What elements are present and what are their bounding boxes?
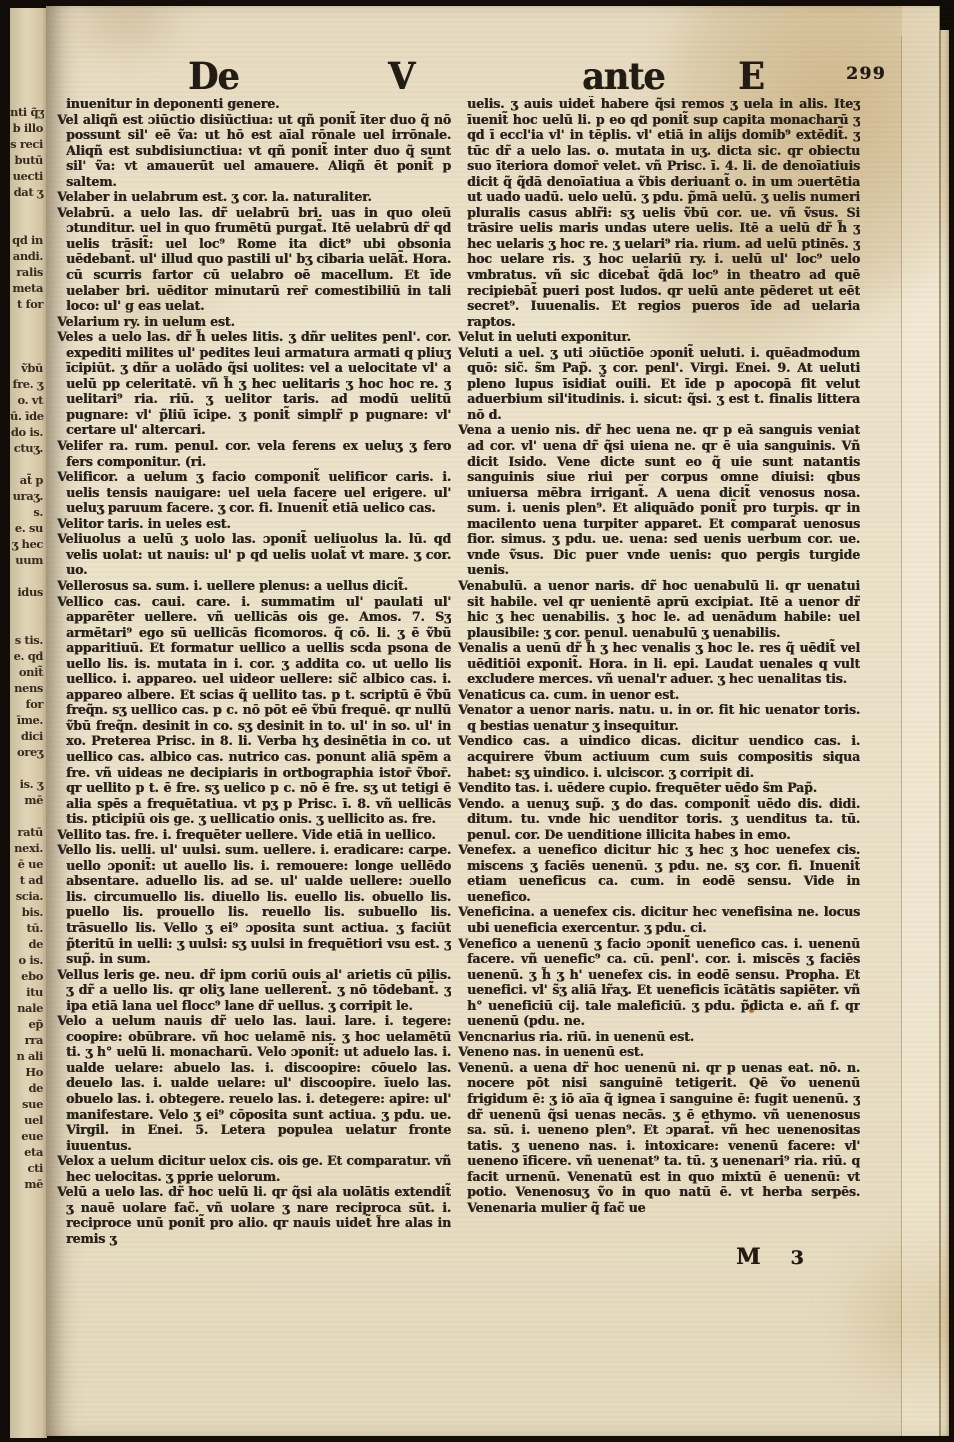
margin-fragment-line: butū	[10, 152, 44, 168]
dictionary-entry: Velut in ueluti exponitur.	[458, 329, 860, 345]
margin-fragment-line: ebo	[10, 968, 44, 984]
dictionary-entry: Veluti a uel. ʒ uti ɔiūctiōe ɔponit̃ uel…	[458, 345, 860, 423]
dictionary-entry: Vellito tas. fre. i. frequēter uellere. …	[57, 827, 451, 843]
margin-fragment-line	[10, 216, 44, 232]
margin-fragment-line: ē ue	[10, 856, 44, 872]
margin-fragment-line: uecti	[10, 168, 44, 184]
dictionary-entry: Velitor taris. in ueles est.	[57, 516, 451, 532]
signature-numeral: 3	[790, 1247, 803, 1269]
dictionary-entry: Veneficina. a uenefex cis. dicitur hec v…	[458, 904, 860, 935]
margin-fragment-line	[10, 328, 44, 344]
header-letter-v: V	[388, 54, 414, 98]
dictionary-entry: Veliuolus a uelū ʒ uolo las. ɔponit̃ uel…	[57, 531, 451, 578]
dictionary-entry: Venator a uenor naris. natu. u. in or. f…	[458, 702, 860, 733]
margin-fragment-line: s tis.	[10, 632, 44, 648]
dictionary-entry: inuenitur in deponenti genere.	[57, 96, 451, 112]
dictionary-entry: Vello lis. uelli. ul' uulsi. sum. ueller…	[57, 842, 451, 966]
dictionary-entry: Venaticus ca. cum. in uenor est.	[458, 687, 860, 703]
dictionary-entry: Vendico cas. a uindico dicas. dicitur ue…	[458, 733, 860, 780]
stain	[56, 6, 196, 66]
margin-fragment-line: dici	[10, 728, 44, 744]
margin-fragment-line	[10, 200, 44, 216]
margin-fragment-line: o. vt	[10, 392, 44, 408]
margin-fragment-line: s.	[10, 504, 44, 520]
dictionary-entry: Velarium ry. in uelum est.	[57, 314, 451, 330]
dictionary-entry: Vendo. a uenuʒ sup̃. ʒ do das. componit̃…	[458, 796, 860, 843]
page-edge-line	[901, 36, 902, 1436]
margin-fragment-line: mē	[10, 1176, 44, 1192]
book-scan: nti q̃ʒb illos recibutūuectidat ʒqd inan…	[0, 0, 954, 1442]
dictionary-entry: Vellus leris ge. neu. dr̃ ipm coriū ouis…	[57, 967, 451, 1014]
margin-fragment-line: o is.	[10, 952, 44, 968]
margin-fragment-line: rra	[10, 1032, 44, 1048]
margin-fragment-line: cti	[10, 1160, 44, 1176]
margin-fragment-line: de	[10, 1080, 44, 1096]
margin-fragment-line: sue	[10, 1096, 44, 1112]
margin-fragment-line: at̃ p	[10, 472, 44, 488]
margin-fragment-line: ralis	[10, 264, 44, 280]
margin-fragment-line: uraʒ.	[10, 488, 44, 504]
text-column-right: uelis. ʒ auis uidet̃ habere q̃si remos ʒ…	[458, 96, 860, 1272]
margin-fragment-line: ū. īde	[10, 408, 44, 424]
margin-fragment-line: fre. ʒ	[10, 376, 44, 392]
dictionary-entry: Velaber in uelabrum est. ʒ cor. la. natu…	[57, 189, 451, 205]
margin-fragment-line	[10, 808, 44, 824]
page-number: 299	[846, 64, 886, 84]
margin-fragment-line: ratū	[10, 824, 44, 840]
facing-page-edge: nti q̃ʒb illos recibutūuectidat ʒqd inan…	[10, 8, 47, 1438]
signature-letter: M	[736, 1244, 760, 1270]
header-letter-e: E	[738, 54, 764, 98]
margin-fragment-line	[10, 456, 44, 472]
margin-fragment-line: qd in	[10, 232, 44, 248]
margin-fragment-line: eta	[10, 1144, 44, 1160]
margin-fragment-line: n ali	[10, 1048, 44, 1064]
margin-fragment-line: e. qd	[10, 648, 44, 664]
margin-fragment-line: ep̃	[10, 1016, 44, 1032]
margin-fragment-line: tū.	[10, 920, 44, 936]
dictionary-entry: Velox a uelum dicitur uelox cis. ois ge.…	[57, 1153, 451, 1184]
margin-fragment-line: b illo	[10, 120, 44, 136]
text-column-left: inuenitur in deponenti genere.Vel aliqñ …	[57, 96, 451, 1272]
margin-fragment-line: onit̃	[10, 664, 44, 680]
dictionary-entry: Vena a uenio nis. dr̃ hec uena ne. qr p …	[458, 422, 860, 577]
margin-fragment-line: ctuʒ.	[10, 440, 44, 456]
margin-fragment-line: nti q̃ʒ	[10, 104, 44, 120]
dictionary-entry: Vencnarius ria. riū. in uenenū est.	[458, 1029, 860, 1045]
dictionary-entry: Velabrū. a uelo las. dr̃ uelabrū bri. ua…	[57, 205, 451, 314]
page-corner-shadow	[940, 6, 949, 30]
dictionary-entry: Venenū. a uena dr̃ hoc uenenū ni. qr p u…	[458, 1060, 860, 1215]
dictionary-entry: uelis. ʒ auis uidet̃ habere q̃si remos ʒ…	[458, 96, 860, 329]
header-word-ante: ante	[582, 54, 665, 98]
margin-fragment-line: for	[10, 696, 44, 712]
dictionary-entry: Velificor. a uelum ʒ facio componit̃ uel…	[57, 469, 451, 516]
margin-fragment-line: nale	[10, 1000, 44, 1016]
dictionary-entry: Venefex. a uenefico dicitur hic ʒ hec ʒ …	[458, 842, 860, 904]
margin-fragment-line	[10, 344, 44, 360]
margin-fragment-line: mē	[10, 792, 44, 808]
margin-fragment-line: nexi.	[10, 840, 44, 856]
dictionary-entry: Vellico cas. caui. care. i. summatim ul'…	[57, 594, 451, 827]
margin-fragment-line: s reci	[10, 136, 44, 152]
margin-fragment-line: ṽbū	[10, 360, 44, 376]
dictionary-entry: Venefico a uenenū ʒ facio ɔponit̃ uenefi…	[458, 936, 860, 1029]
margin-fragment-line: de	[10, 936, 44, 952]
margin-fragment-line: idus	[10, 584, 44, 600]
margin-fragment-line: uum	[10, 552, 44, 568]
margin-fragment-line: Ho	[10, 1064, 44, 1080]
page: De V ante E 299 inuenitur in deponenti g…	[46, 6, 949, 1436]
margin-fragment-line	[10, 760, 44, 776]
margin-fragment-line: ʒ hec	[10, 536, 44, 552]
margin-fragment-line	[10, 616, 44, 632]
margin-fragment-line: dat ʒ	[10, 184, 44, 200]
dictionary-entry: Venalis a uenū dr̃ h̃ ʒ hec venalis ʒ ho…	[458, 640, 860, 687]
margin-fragment-line: andi.	[10, 248, 44, 264]
margin-fragment-line: bis.	[10, 904, 44, 920]
quire-signature: M3	[736, 1244, 804, 1270]
dictionary-entry: Velū a uelo las. dr̃ hoc uelū li. qr q̃s…	[57, 1184, 451, 1246]
margin-fragment-line: meta	[10, 280, 44, 296]
page-edge-line	[939, 6, 941, 1436]
margin-fragment-line: itu	[10, 984, 44, 1000]
dictionary-entry: Vellerosus sa. sum. i. uellere plenus: a…	[57, 578, 451, 594]
margin-fragment-line: t ad	[10, 872, 44, 888]
dictionary-entry: Vel aliqñ est ɔiūctio disiūctiua: ut qñ …	[57, 112, 451, 190]
margin-fragment-line: scia.	[10, 888, 44, 904]
margin-fragment-line: nens	[10, 680, 44, 696]
margin-fragment-line	[10, 312, 44, 328]
header-word-de: De	[188, 54, 239, 98]
margin-fragment-line: uel	[10, 1112, 44, 1128]
page-edge-area	[902, 6, 939, 1436]
dictionary-entry: Velo a uelum nauis dr̃ uelo las. laui. l…	[57, 1013, 451, 1153]
margin-fragment-line	[10, 568, 44, 584]
dictionary-entry: Velifer ra. rum. penul. cor. vela ferens…	[57, 438, 451, 469]
margin-fragment-line: t for	[10, 296, 44, 312]
margin-fragment-column: nti q̃ʒb illos recibutūuectidat ʒqd inan…	[10, 104, 44, 1192]
dictionary-entry: Veles a uelo las. dr̃ h̃ ueles litis. ʒ …	[57, 329, 451, 438]
margin-fragment-line: e. su	[10, 520, 44, 536]
margin-fragment-line: do is.	[10, 424, 44, 440]
margin-fragment-line: īme.	[10, 712, 44, 728]
margin-fragment-line	[10, 600, 44, 616]
dictionary-entry: Veneno nas. in uenenū est.	[458, 1044, 860, 1060]
dictionary-entry: Vendito tas. i. uēdere cupio. frequēter …	[458, 780, 860, 796]
dictionary-entry: Venabulū. a uenor naris. dr̃ hoc uenabul…	[458, 578, 860, 640]
margin-fragment-line: oreʒ	[10, 744, 44, 760]
margin-fragment-line: is. ʒ	[10, 776, 44, 792]
margin-fragment-line: eue	[10, 1128, 44, 1144]
